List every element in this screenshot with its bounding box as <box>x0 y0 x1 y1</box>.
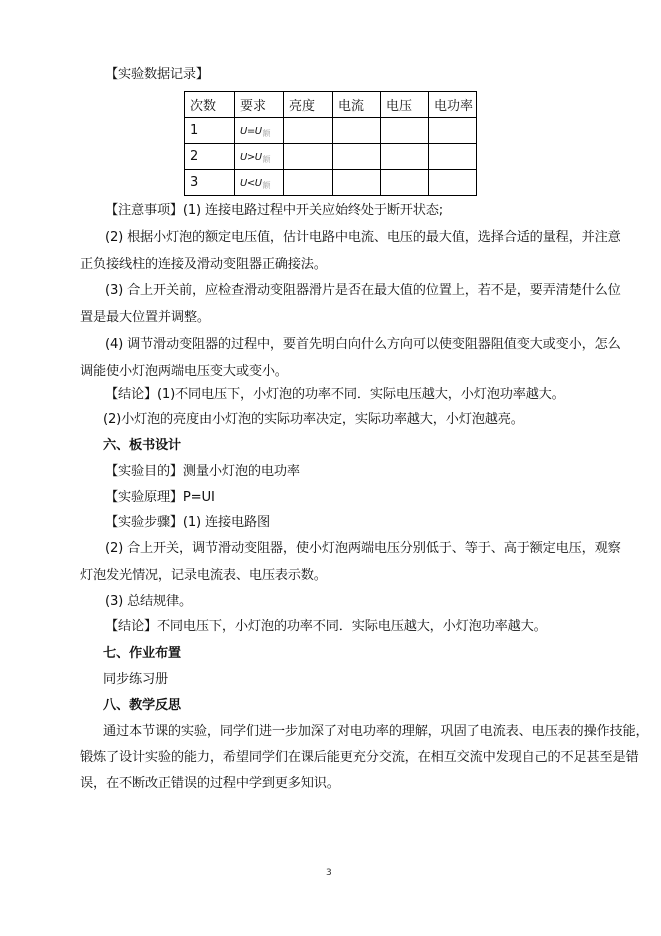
notes-item-4-continued: 调能使小灯泡两端电压变大或变小。 <box>80 363 580 381</box>
row-index: 2 <box>185 144 235 170</box>
notes-item-2-continued: 正负接线柱的连接及滑动变阻器正确接法。 <box>80 256 580 274</box>
table-row: 1 U=U额 <box>185 118 477 144</box>
table-header-cell: 电功率 <box>429 92 477 118</box>
table-header-cell: 要求 <box>235 92 284 118</box>
experiment-steps-1: 【实验步骤】(1) 连接电路图 <box>105 514 580 532</box>
data-record-heading: 【实验数据记录】 <box>105 66 580 84</box>
requirement-subscript: 额 <box>263 181 271 190</box>
notes-item-3-continued: 置是最大位置并调整。 <box>80 309 580 327</box>
table-header-cell: 电流 <box>333 92 381 118</box>
notes-item-4: (4) 调节滑动变阻器的过程中，要首先明白向什么方向可以使变阻器阻值变大或变小，… <box>105 336 580 354</box>
power-cell <box>429 144 477 170</box>
brightness-cell <box>284 118 333 144</box>
power-cell <box>429 170 477 196</box>
experiment-steps-3: (3) 总结规律。 <box>105 593 580 611</box>
row-index: 3 <box>185 170 235 196</box>
current-cell <box>333 144 381 170</box>
power-cell <box>429 118 477 144</box>
current-cell <box>333 170 381 196</box>
reflection-line-3: 误，在不断改正错误的过程中学到更多知识。 <box>80 775 580 793</box>
reflection-line-1: 通过本节课的实验，同学们进一步加深了对电功率的理解，巩固了电流表、电压表的操作技… <box>103 723 578 741</box>
page-number: 3 <box>326 868 332 878</box>
notes-item-2: (2) 根据小灯泡的额定电压值，估计电路中电流、电压的最大值，选择合适的量程，并… <box>105 229 580 247</box>
table-row: 2 U>U额 <box>185 144 477 170</box>
section-heading-board-design: 六、板书设计 <box>103 437 603 455</box>
requirement-subscript: 额 <box>263 129 271 138</box>
row-index: 1 <box>185 118 235 144</box>
requirement-formula: U=U <box>240 126 262 137</box>
notes-item-1: 【注意事项】(1) 连接电路过程中开关应始终处于断开状态; <box>105 202 580 220</box>
row-requirement: U>U额 <box>235 144 284 170</box>
section-heading-reflection: 八、教学反思 <box>103 697 603 715</box>
table-row: 3 U<U额 <box>185 170 477 196</box>
experiment-data-table: 次数 要求 亮度 电流 电压 电功率 1 U=U额 2 U>U额 3 U<U额 <box>184 91 477 196</box>
table-header-cell: 次数 <box>185 92 235 118</box>
row-requirement: U<U额 <box>235 170 284 196</box>
table-header-cell: 亮度 <box>284 92 333 118</box>
reflection-line-2: 锻炼了设计实验的能力，希望同学们在课后能更充分交流，在相互交流中发现自己的不足甚… <box>80 749 580 767</box>
experiment-steps-2-continued: 灯泡发光情况，记录电流表、电压表示数。 <box>80 567 580 585</box>
brightness-cell <box>284 170 333 196</box>
requirement-formula: U<U <box>240 178 262 189</box>
voltage-cell <box>381 118 429 144</box>
document-page: 【实验数据记录】 次数 要求 亮度 电流 电压 电功率 1 U=U额 2 U>U… <box>0 0 661 936</box>
conclusion-item-2: (2)小灯泡的亮度由小灯泡的实际功率决定，实际功率越大，小灯泡越亮。 <box>103 411 578 429</box>
requirement-subscript: 额 <box>263 155 271 164</box>
board-conclusion: 【结论】不同电压下，小灯泡的功率不同．实际电压越大，小灯泡功率越大。 <box>105 618 580 636</box>
voltage-cell <box>381 170 429 196</box>
section-heading-homework: 七、作业布置 <box>103 645 603 663</box>
homework-content: 同步练习册 <box>103 671 603 689</box>
requirement-formula: U>U <box>240 152 262 163</box>
row-requirement: U=U额 <box>235 118 284 144</box>
current-cell <box>333 118 381 144</box>
notes-item-3: (3) 合上开关前，应检查滑动变阻器滑片是否在最大值的位置上，若不是，要弄清楚什… <box>105 282 580 300</box>
experiment-steps-2: (2) 合上开关，调节滑动变阻器，使小灯泡两端电压分别低于、等于、高于额定电压，… <box>105 540 580 558</box>
table-header-cell: 电压 <box>381 92 429 118</box>
table-header-row: 次数 要求 亮度 电流 电压 电功率 <box>185 92 477 118</box>
experiment-principle: 【实验原理】P=UI <box>105 489 580 507</box>
conclusion-item-1: 【结论】(1)不同电压下，小灯泡的功率不同．实际电压越大，小灯泡功率越大。 <box>105 386 580 404</box>
voltage-cell <box>381 144 429 170</box>
experiment-purpose: 【实验目的】测量小灯泡的电功率 <box>105 463 580 481</box>
brightness-cell <box>284 144 333 170</box>
